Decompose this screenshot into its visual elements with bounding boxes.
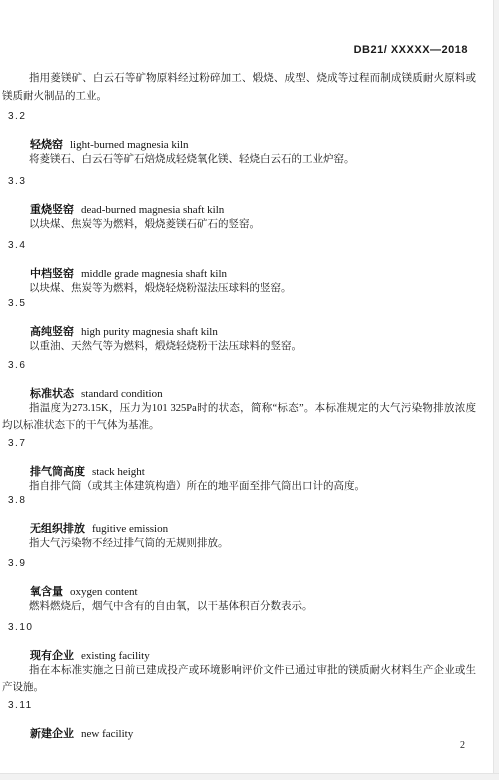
definition-text: 指在本标准实施之日前已建成投产或环境影响评价文件已通过审批的镁质耐火材料生产企业… bbox=[2, 662, 476, 696]
term-line: 新建企业new facility bbox=[30, 724, 133, 742]
page-edge-right bbox=[493, 0, 499, 780]
term-zh: 现有企业 bbox=[30, 650, 74, 662]
clause-number: 3.6 bbox=[8, 360, 26, 371]
definition-text: 指自排气筒（或其主体建筑构造）所在的地平面至排气筒出口计的高度。 bbox=[2, 478, 476, 495]
document-page: DB21/ XXXXX—2018 指用菱镁矿、白云石等矿物原料经过粉碎加工、煅烧… bbox=[0, 0, 499, 780]
clause-number: 3.3 bbox=[8, 176, 26, 187]
term-en: fugitive emission bbox=[92, 523, 168, 535]
definition-text: 以块煤、焦炭等为燃料，煅烧轻烧粉湿法压球料的竖窑。 bbox=[2, 280, 476, 297]
standard-number-header: DB21/ XXXXX—2018 bbox=[0, 44, 468, 56]
term-en: light-burned magnesia kiln bbox=[70, 139, 189, 151]
term-en: standard condition bbox=[81, 388, 163, 400]
term-en: high purity magnesia shaft kiln bbox=[81, 326, 218, 338]
definition-text: 以块煤、焦炭等为燃料，煅烧菱镁石矿石的竖窑。 bbox=[2, 216, 476, 233]
clause-number: 3.7 bbox=[8, 438, 26, 449]
definition-text: 以重油、天然气等为燃料，煅烧轻烧粉干法压球料的竖窑。 bbox=[2, 338, 476, 355]
term-zh: 重烧竖窑 bbox=[30, 204, 74, 216]
term-en: stack height bbox=[92, 466, 145, 478]
clause-number: 3.5 bbox=[8, 298, 26, 309]
clause-number: 3.9 bbox=[8, 558, 26, 569]
clause-number: 3.2 bbox=[8, 111, 26, 122]
term-zh: 高纯竖窑 bbox=[30, 326, 74, 338]
term-en: new facility bbox=[81, 728, 133, 740]
definition-text: 指大气污染物不经过排气筒的无规则排放。 bbox=[2, 535, 476, 552]
term-zh: 中档竖窑 bbox=[30, 268, 74, 280]
clause-number: 3.11 bbox=[8, 700, 33, 711]
intro-paragraph: 指用菱镁矿、白云石等矿物原料经过粉碎加工、煅烧、成型、烧成等过程而制成镁质耐火原… bbox=[2, 70, 476, 106]
term-zh: 标准状态 bbox=[30, 388, 74, 400]
term-en: dead-burned magnesia shaft kiln bbox=[81, 204, 224, 216]
term-zh: 新建企业 bbox=[30, 728, 74, 740]
clause-number: 3.4 bbox=[8, 240, 26, 251]
definition-text: 燃料燃烧后，烟气中含有的自由氧，以干基体积百分数表示。 bbox=[2, 598, 476, 615]
term-zh: 氧含量 bbox=[30, 586, 63, 598]
term-zh: 轻烧窑 bbox=[30, 139, 63, 151]
clause-number: 3.8 bbox=[8, 495, 26, 506]
clause-number: 3.10 bbox=[8, 622, 33, 633]
page-edge-bottom bbox=[0, 773, 499, 780]
definition-text: 将菱镁石、白云石等矿石焙烧成轻烧氧化镁、轻烧白云石的工业炉窑。 bbox=[2, 151, 476, 168]
page-number: 2 bbox=[460, 740, 465, 751]
term-zh: 无组织排放 bbox=[30, 523, 85, 535]
term-en: middle grade magnesia shaft kiln bbox=[81, 268, 227, 280]
definition-text: 指温度为273.15K，压力为101 325Pa时的状态，简称“标态”。本标准规… bbox=[2, 400, 476, 434]
term-en: existing facility bbox=[81, 650, 150, 662]
term-zh: 排气筒高度 bbox=[30, 466, 85, 478]
term-en: oxygen content bbox=[70, 586, 138, 598]
